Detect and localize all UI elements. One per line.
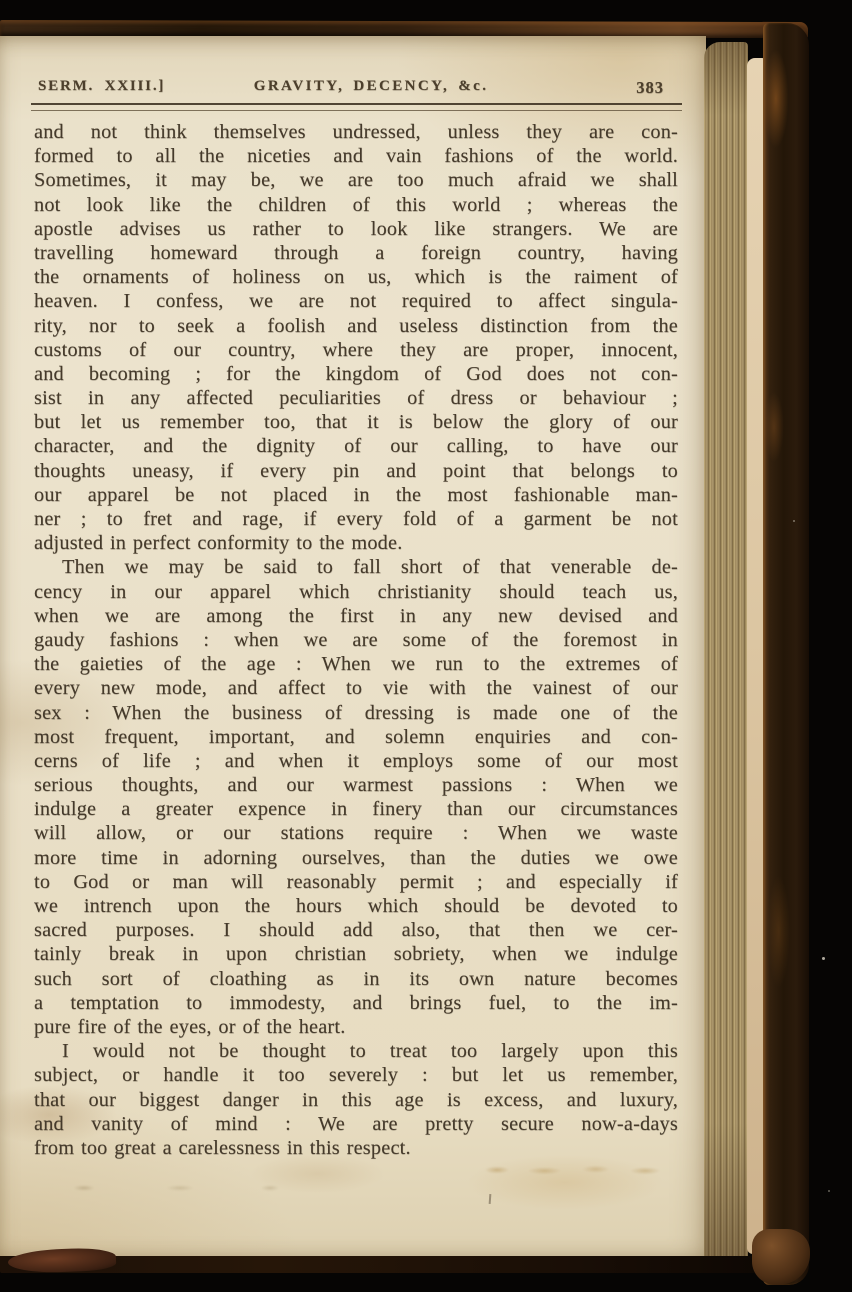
text-line: our apparel be not placed in the most fa… <box>34 483 678 507</box>
text-line: cerns of life ; and when it employs some… <box>34 749 678 773</box>
dust-speck <box>828 1190 830 1192</box>
text-line: I would not be thought to treat too larg… <box>34 1039 678 1063</box>
text-line: Sometimes, it may be, we are too much af… <box>34 168 678 192</box>
text-line: travelling homeward through a foreign co… <box>34 241 678 265</box>
press-figure-mark <box>489 1194 492 1204</box>
text-line: cency in our apparel which christianity … <box>34 580 678 604</box>
text-line: to God or man will reasonably permit ; a… <box>34 870 678 894</box>
header-double-rule <box>31 103 682 111</box>
inner-page-edge <box>747 58 764 1254</box>
text-line: Then we may be said to fall short of tha… <box>34 555 678 579</box>
text-line: heaven. I confess, we are not required t… <box>34 289 678 313</box>
text-line: will allow, or our stations require : Wh… <box>34 821 678 845</box>
text-line: a temptation to immodesty, and brings fu… <box>34 991 678 1015</box>
book-scan: SERM. XXIII.] GRAVITY, DECENCY, &c. 383 … <box>0 0 852 1292</box>
text-line: thoughts uneasy, if every pin and point … <box>34 459 678 483</box>
text-line: sex : When the business of dressing is m… <box>34 701 678 725</box>
text-line: and vanity of mind : We are pretty secur… <box>34 1112 678 1136</box>
text-line: the gaieties of the age : When we run to… <box>34 652 678 676</box>
text-line: serious thoughts, and our warmest passio… <box>34 773 678 797</box>
text-line: sacred purposes. I should add also, that… <box>34 918 678 942</box>
page-number: 383 <box>636 78 664 98</box>
running-header: SERM. XXIII.] GRAVITY, DECENCY, &c. 383 <box>34 78 680 100</box>
dust-speck <box>793 520 795 522</box>
text-line: indulge a greater expence in finery than… <box>34 797 678 821</box>
text-line: pure fire of the eyes, or of the heart. <box>34 1015 678 1039</box>
text-line: and becoming ; for the kingdom of God do… <box>34 362 678 386</box>
text-line: but let us remember too, that it is belo… <box>34 410 678 434</box>
text-line: that our biggest danger in this age is e… <box>34 1088 678 1112</box>
text-line: formed to all the niceties and vain fash… <box>34 144 678 168</box>
text-line: most frequent, important, and solemn enq… <box>34 725 678 749</box>
running-header-title: GRAVITY, DECENCY, &c. <box>254 78 489 95</box>
page-text: and not think themselves undressed, unle… <box>34 120 678 1160</box>
book-cover-right <box>763 23 809 1285</box>
show-through-stain <box>478 1162 668 1178</box>
text-line: character, and the dignity of our callin… <box>34 434 678 458</box>
text-line: adjusted in perfect conformity to the mo… <box>34 531 678 555</box>
text-line: subject, or handle it too severely : but… <box>34 1063 678 1087</box>
text-line: apostle advises us rather to look like s… <box>34 217 678 241</box>
text-line: not look like the children of this world… <box>34 193 678 217</box>
text-line: customs of our country, where they are p… <box>34 338 678 362</box>
running-header-section: SERM. XXIII.] <box>38 78 165 95</box>
show-through-stain <box>60 1182 360 1194</box>
text-line: when we are among the first in any new d… <box>34 604 678 628</box>
text-line: tainly break in upon christian sobriety,… <box>34 942 678 966</box>
text-line: from too great a carelessness in this re… <box>34 1136 678 1160</box>
text-line: more time in adorning ourselves, than th… <box>34 846 678 870</box>
text-line: sist in any affected peculiarities of dr… <box>34 386 678 410</box>
text-line: the ornaments of holiness on us, which i… <box>34 265 678 289</box>
text-line: and not think themselves undressed, unle… <box>34 120 678 144</box>
text-line: we intrench upon the hours which should … <box>34 894 678 918</box>
book-page: SERM. XXIII.] GRAVITY, DECENCY, &c. 383 … <box>0 36 706 1262</box>
text-line: ner ; to fret and rage, if every fold of… <box>34 507 678 531</box>
text-line: every new mode, and affect to vie with t… <box>34 676 678 700</box>
text-line: such sort of cloathing as in its own nat… <box>34 967 678 991</box>
text-line: rity, nor to seek a foolish and useless … <box>34 314 678 338</box>
text-line: gaudy fashions : when we are some of the… <box>34 628 678 652</box>
book-fore-edge-pages <box>704 42 748 1270</box>
dust-speck <box>822 957 825 960</box>
